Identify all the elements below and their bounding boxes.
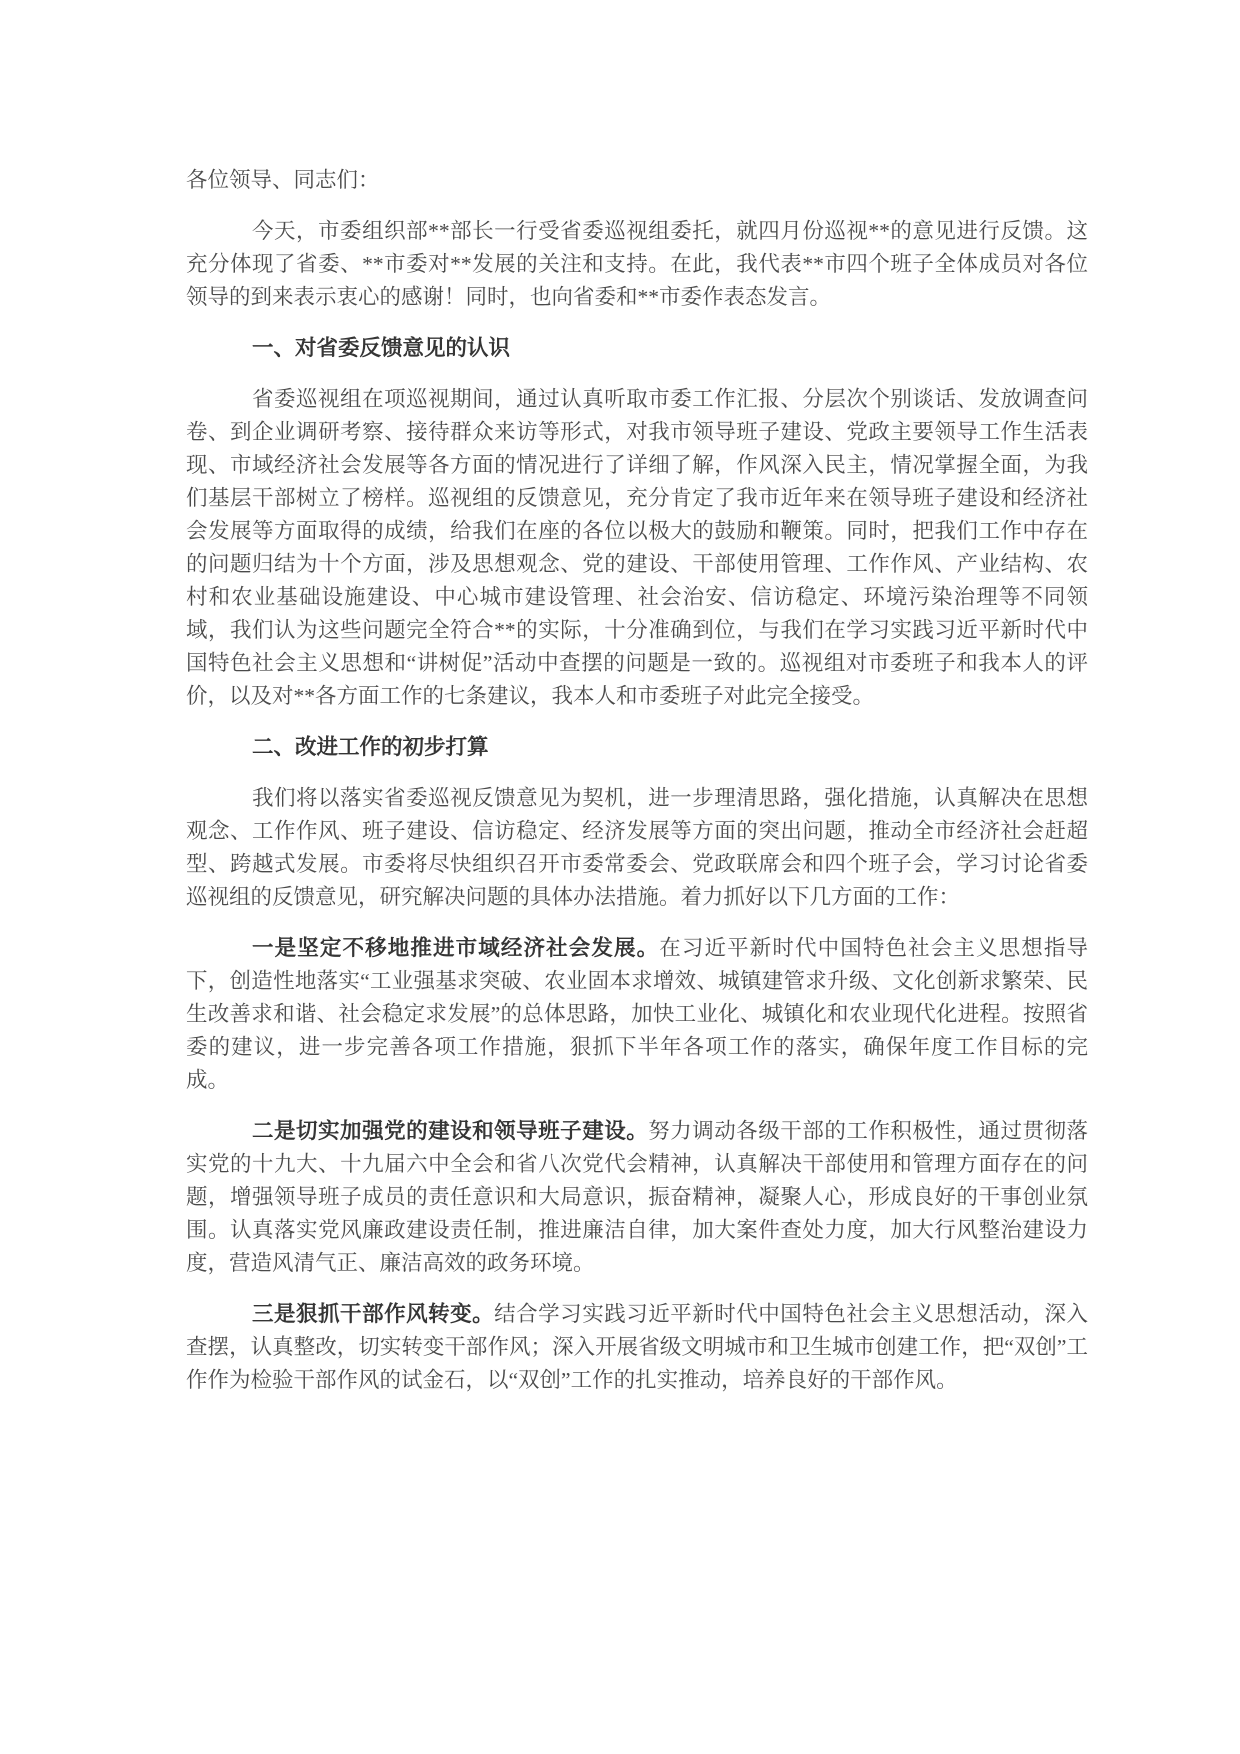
section-2-heading: 二、改进工作的初步打算	[186, 731, 1088, 764]
point-2-paragraph: 二是切实加强党的建设和领导班子建设。努力调动各级干部的工作积极性，通过贯彻落实党…	[186, 1115, 1088, 1280]
document-page: 各位领导、同志们： 今天，市委组织部**部长一行受省委巡视组委托，就四月份巡视*…	[0, 0, 1240, 1754]
point-3-lead: 三是狠抓干部作风转变。	[252, 1302, 494, 1326]
intro-paragraph: 今天，市委组织部**部长一行受省委巡视组委托，就四月份巡视**的意见进行反馈。这…	[186, 215, 1088, 314]
salutation-line: 各位领导、同志们：	[186, 164, 1088, 197]
section-2-intro-paragraph: 我们将以落实省委巡视反馈意见为契机，进一步理清思路，强化措施，认真解决在思想观念…	[186, 782, 1088, 914]
point-1-paragraph: 一是坚定不移地推进市域经济社会发展。在习近平新时代中国特色社会主义思想指导下，创…	[186, 932, 1088, 1097]
point-1-lead: 一是坚定不移地推进市域经济社会发展。	[252, 936, 659, 960]
document-body: 各位领导、同志们： 今天，市委组织部**部长一行受省委巡视组委托，就四月份巡视*…	[186, 164, 1088, 1397]
section-1-heading: 一、对省委反馈意见的认识	[186, 332, 1088, 365]
section-1-paragraph: 省委巡视组在项巡视期间，通过认真听取市委工作汇报、分层次个别谈话、发放调查问卷、…	[186, 383, 1088, 713]
point-3-paragraph: 三是狠抓干部作风转变。结合学习实践习近平新时代中国特色社会主义思想活动，深入查摆…	[186, 1298, 1088, 1397]
point-2-lead: 二是切实加强党的建设和领导班子建设。	[252, 1119, 648, 1143]
